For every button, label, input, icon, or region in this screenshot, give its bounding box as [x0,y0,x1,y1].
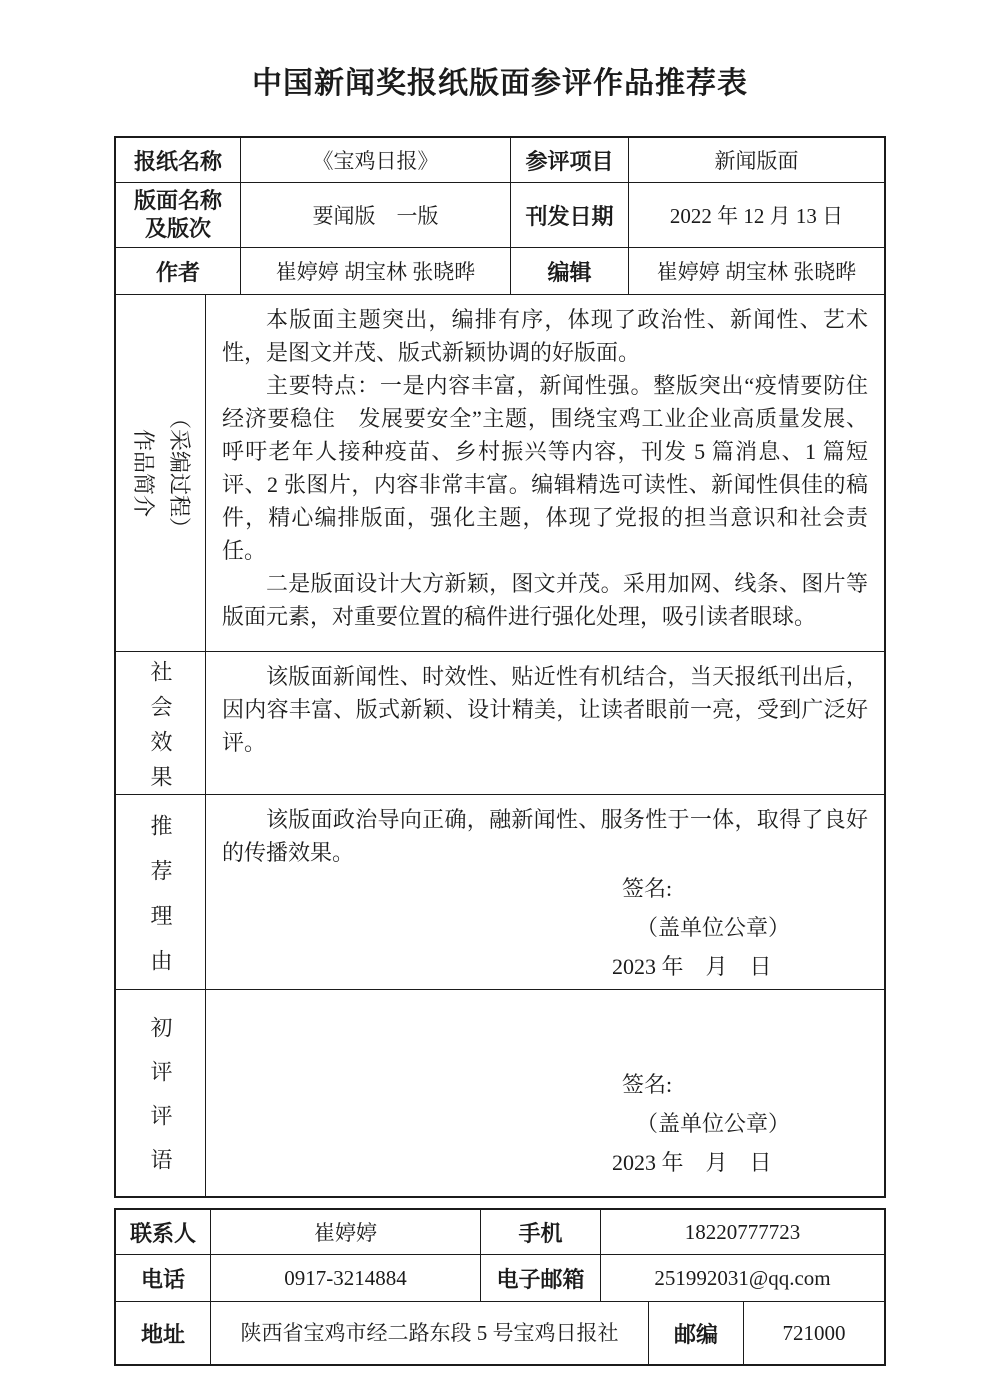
table-row-social-effect: 社会效果 该版面新闻性、时效性、贴近性有机结合，当天报纸刊出后，因内容丰富、版式… [116,651,884,794]
recommend-reason-content: 该版面政治导向正确，融新闻性、服务性于一体，取得了良好的传播效果。 签名: （盖… [205,795,884,989]
layout-name-label-line1: 版面名称 [134,187,222,215]
address-text: 陕西省宝鸡市经二路东段 5 号宝鸡日报社 [241,1318,619,1348]
recommend-signature-block: 签名: （盖单位公章） 2023 年 月 日 [622,869,790,986]
recommend-reason-paragraph: 该版面政治导向正确，融新闻性、服务性于一体，取得了良好的传播效果。 [222,803,868,869]
signature-label: 签名: [622,869,790,908]
table-row-layout: 版面名称 及版次 要闻版 一版 刊发日期 2022 年 12 月 13 日 [116,182,884,247]
layout-name-label-line2: 及版次 [145,215,211,243]
entry-category-label: 参评项目 [510,138,628,182]
work-intro-paragraph: 本版面主题突出，编排有序，体现了政治性、新闻性、艺术性，是图文并茂、版式新颖协调… [222,303,868,369]
initial-review-label-cell: 初评评语 [116,990,205,1196]
signature-label: 签名: [622,1065,790,1104]
table-row-author: 作者 崔婷婷 胡宝林 张晓晔 编辑 崔婷婷 胡宝林 张晓晔 [116,247,884,294]
zipcode-label: 邮编 [648,1302,743,1364]
phone-value: 0917-3214884 [210,1255,480,1301]
main-form-table: 报纸名称 《宝鸡日报》 参评项目 新闻版面 版面名称 及版次 要闻版 一版 刊发… [114,136,886,1198]
table-row-address: 地址 陕西省宝鸡市经二路东段 5 号宝鸡日报社 邮编 721000 [116,1301,884,1364]
seal-note: （盖单位公章） [622,908,790,947]
editor-label: 编辑 [510,248,628,294]
work-intro-label-paren: （采编过程） [161,407,197,539]
newspaper-name-value: 《宝鸡日报》 [240,138,510,182]
table-row-phone: 电话 0917-3214884 电子邮箱 251992031@qq.com [116,1254,884,1301]
publish-date-value: 2022 年 12 月 13 日 [628,183,884,247]
author-label: 作者 [116,248,240,294]
table-row-work-intro: （采编过程） 作品简介 本版面主题突出，编排有序，体现了政治性、新闻性、艺术性，… [116,294,884,651]
work-intro-label-title: 作品简介 [125,407,161,539]
table-row-initial-review: 初评评语 签名: （盖单位公章） 2023 年 月 日 [116,989,884,1196]
social-effect-content: 该版面新闻性、时效性、贴近性有机结合，当天报纸刊出后，因内容丰富、版式新颖、设计… [205,652,884,794]
entry-category-value: 新闻版面 [628,138,884,182]
table-row-newspaper: 报纸名称 《宝鸡日报》 参评项目 新闻版面 [116,138,884,182]
email-value: 251992031@qq.com [600,1255,884,1301]
contact-person-value: 崔婷婷 [210,1210,480,1254]
zipcode-value: 721000 [743,1302,884,1364]
contact-table: 联系人 崔婷婷 手机 18220777723 电话 0917-3214884 电… [114,1208,886,1366]
layout-name-value: 要闻版 一版 [240,183,510,247]
mobile-value: 18220777723 [600,1210,884,1254]
social-effect-label: 社会效果 [145,660,176,800]
mobile-label: 手机 [480,1210,600,1254]
recommendation-form-page: 中国新闻奖报纸版面参评作品推荐表 报纸名称 《宝鸡日报》 参评项目 新闻版面 版… [0,0,1000,1398]
publish-date-label: 刊发日期 [510,183,628,247]
seal-note: （盖单位公章） [622,1104,790,1143]
phone-label: 电话 [116,1255,210,1301]
work-intro-content: 本版面主题突出，编排有序，体现了政治性、新闻性、艺术性，是图文并茂、版式新颖协调… [205,295,884,651]
address-value: 陕西省宝鸡市经二路东段 5 号宝鸡日报社 [210,1302,648,1364]
work-intro-paragraph: 二是版面设计大方新颖，图文并茂。采用加网、线条、图片等版面元素，对重要位置的稿件… [222,567,868,633]
newspaper-name-label: 报纸名称 [116,138,240,182]
initial-review-label: 初评评语 [145,1016,176,1192]
table-row-contact-person: 联系人 崔婷婷 手机 18220777723 [116,1210,884,1254]
contact-person-label: 联系人 [116,1210,210,1254]
recommend-reason-label-cell: 推荐理由 [116,795,205,989]
social-effect-paragraph: 该版面新闻性、时效性、贴近性有机结合，当天报纸刊出后，因内容丰富、版式新颖、设计… [222,660,868,759]
author-value: 崔婷婷 胡宝林 张晓晔 [240,248,510,294]
editor-value: 崔婷婷 胡宝林 张晓晔 [628,248,884,294]
initial-review-content: 签名: （盖单位公章） 2023 年 月 日 [205,990,884,1196]
signature-date-line: 2023 年 月 日 [612,1143,790,1182]
address-label: 地址 [116,1302,210,1364]
work-intro-rotated-label: （采编过程） 作品简介 [125,407,197,539]
recommend-reason-label: 推荐理由 [145,814,176,994]
page-title: 中国新闻奖报纸版面参评作品推荐表 [0,58,1000,102]
signature-date-line: 2023 年 月 日 [612,947,790,986]
social-effect-label-cell: 社会效果 [116,652,205,794]
review-signature-block: 签名: （盖单位公章） 2023 年 月 日 [622,1065,790,1182]
table-row-recommend-reason: 推荐理由 该版面政治导向正确，融新闻性、服务性于一体，取得了良好的传播效果。 签… [116,794,884,989]
layout-name-label: 版面名称 及版次 [116,183,240,247]
email-label: 电子邮箱 [480,1255,600,1301]
work-intro-paragraph: 主要特点：一是内容丰富，新闻性强。整版突出“疫情要防住 经济要稳住 发展要安全”… [222,369,868,567]
work-intro-label-cell: （采编过程） 作品简介 [116,295,205,651]
